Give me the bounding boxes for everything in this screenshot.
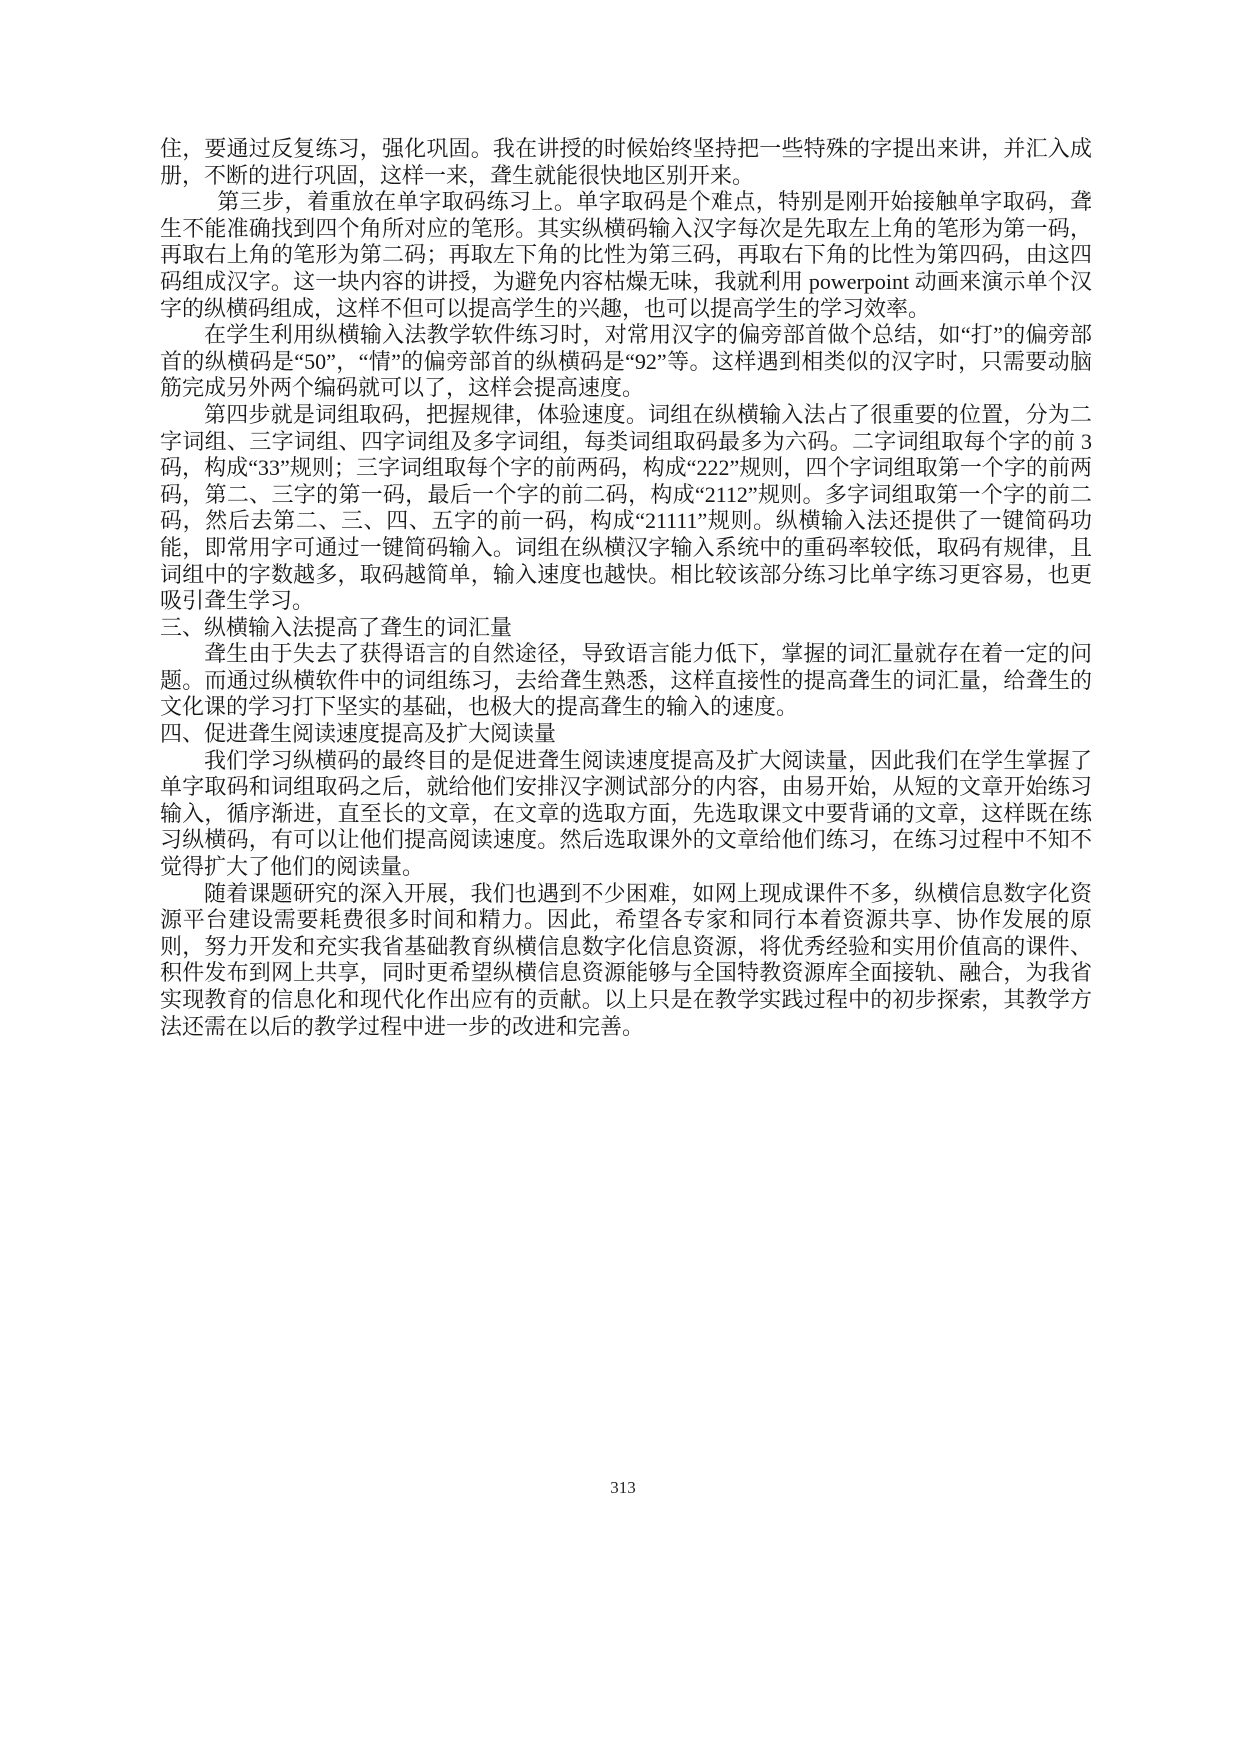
paragraph-radicals: 在学生利用纵横输入法教学软件练习时，对常用汉字的偏旁部首做个总结，如“打”的偏旁… xyxy=(160,322,1092,402)
page-number: 313 xyxy=(0,1478,1246,1498)
paragraph-vocabulary: 聋生由于失去了获得语言的自然途径，导致语言能力低下，掌握的词汇量就存在着一定的问… xyxy=(160,641,1092,721)
document-page: 住，要通过反复练习，强化巩固。我在讲授的时候始终坚持把一些特殊的字提出来讲，并汇… xyxy=(0,0,1246,1763)
paragraph-reading: 我们学习纵横码的最终目的是促进聋生阅读速度提高及扩大阅读量，因此我们在学生掌握了… xyxy=(160,748,1092,881)
document-body: 住，要通过反复练习，强化巩固。我在讲授的时候始终坚持把一些特殊的字提出来讲，并汇… xyxy=(160,136,1092,1040)
section-heading-4: 四、促进聋生阅读速度提高及扩大阅读量 xyxy=(160,721,1092,748)
paragraph-step4: 第四步就是词组取码，把握规律，体验速度。词组在纵横输入法占了很重要的位置，分为二… xyxy=(160,402,1092,615)
paragraph-step3: 第三步，着重放在单字取码练习上。单字取码是个难点，特别是刚开始接触单字取码，聋生… xyxy=(160,189,1092,322)
paragraph-conclusion: 随着课题研究的深入开展，我们也遇到不少困难，如网上现成课件不多，纵横信息数字化资… xyxy=(160,881,1092,1041)
section-heading-3: 三、纵横输入法提高了聋生的词汇量 xyxy=(160,615,1092,642)
paragraph-continuation: 住，要通过反复练习，强化巩固。我在讲授的时候始终坚持把一些特殊的字提出来讲，并汇… xyxy=(160,136,1092,189)
